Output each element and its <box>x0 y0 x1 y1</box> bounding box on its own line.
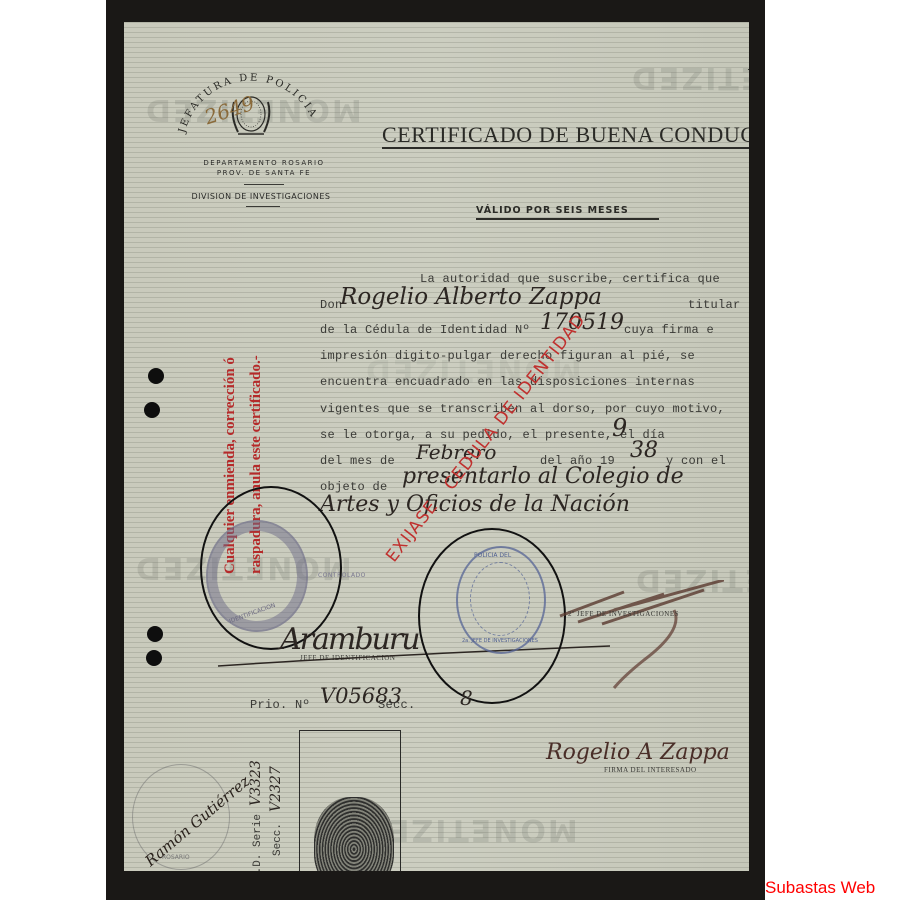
body-titular: titular <box>688 298 741 312</box>
punch-hole <box>148 368 164 384</box>
id-serie-label: I.D. Serie <box>252 814 264 871</box>
province-text: Prov. de Santa Fe <box>184 168 344 178</box>
punch-hole <box>144 402 160 418</box>
punch-hole <box>147 626 163 642</box>
handwritten-secc: 8 <box>460 686 473 710</box>
body-cedula-suffix: cuya firma e <box>624 323 714 337</box>
header-divider <box>246 206 280 207</box>
id-secc-value: V2327 <box>268 766 284 812</box>
safety-paper-watermark: MONETIZED <box>630 60 749 95</box>
annotation-circle-center <box>418 528 566 704</box>
issuer-department: Departamento Rosario Prov. de Santa Fe <box>184 158 344 178</box>
caption-jefe-investigaciones: 2º JEFE DE INVESTIGACIONES <box>568 610 679 618</box>
signature-jefe-investigaciones <box>554 580 724 690</box>
punch-hole <box>146 650 162 666</box>
handwritten-name: Rogelio Alberto Zappa <box>340 284 602 310</box>
caption-firma-interesado: FIRMA DEL INTERESADO <box>604 766 697 774</box>
id-secc-label: Secc. <box>272 823 284 856</box>
header-divider <box>244 184 284 185</box>
prio-label: Prio. Nº <box>250 698 310 712</box>
thumbprint <box>314 797 394 871</box>
department-text: Departamento Rosario <box>184 158 344 168</box>
title-underline <box>382 147 749 149</box>
issuer-division: DIVISION DE INVESTIGACIONES <box>176 192 346 201</box>
certificate-paper: MONETIZED MONETIZED MONETIZED MONETIZED … <box>124 22 749 871</box>
validity-note: VÁLIDO POR SEIS MESES <box>476 205 629 216</box>
validity-underline <box>476 218 659 220</box>
secc-label: Secc. <box>378 698 416 712</box>
signature-interesado: Rogelio A Zappa <box>546 740 730 765</box>
site-watermark: Subastas Web <box>765 878 875 898</box>
handwritten-day: 9 <box>612 414 627 442</box>
id-serie-value: V3323 <box>248 760 264 806</box>
body-line-4: impresión digito-pulgar derecho figuran … <box>320 349 695 363</box>
photo-backdrop-edge <box>749 0 765 900</box>
handwritten-year: 38 <box>630 438 658 463</box>
body-line-5: encuentra encuadrado en las disposicione… <box>320 375 695 389</box>
body-month-prefix: del mes de <box>320 454 395 468</box>
body-cedula-prefix: de la Cédula de Identidad Nº <box>320 323 530 337</box>
handwritten-object-line-2: Artes y Oficios de la Nación <box>320 492 630 517</box>
document-title: CERTIFICADO DE BUENA CONDUCTA <box>382 122 749 148</box>
